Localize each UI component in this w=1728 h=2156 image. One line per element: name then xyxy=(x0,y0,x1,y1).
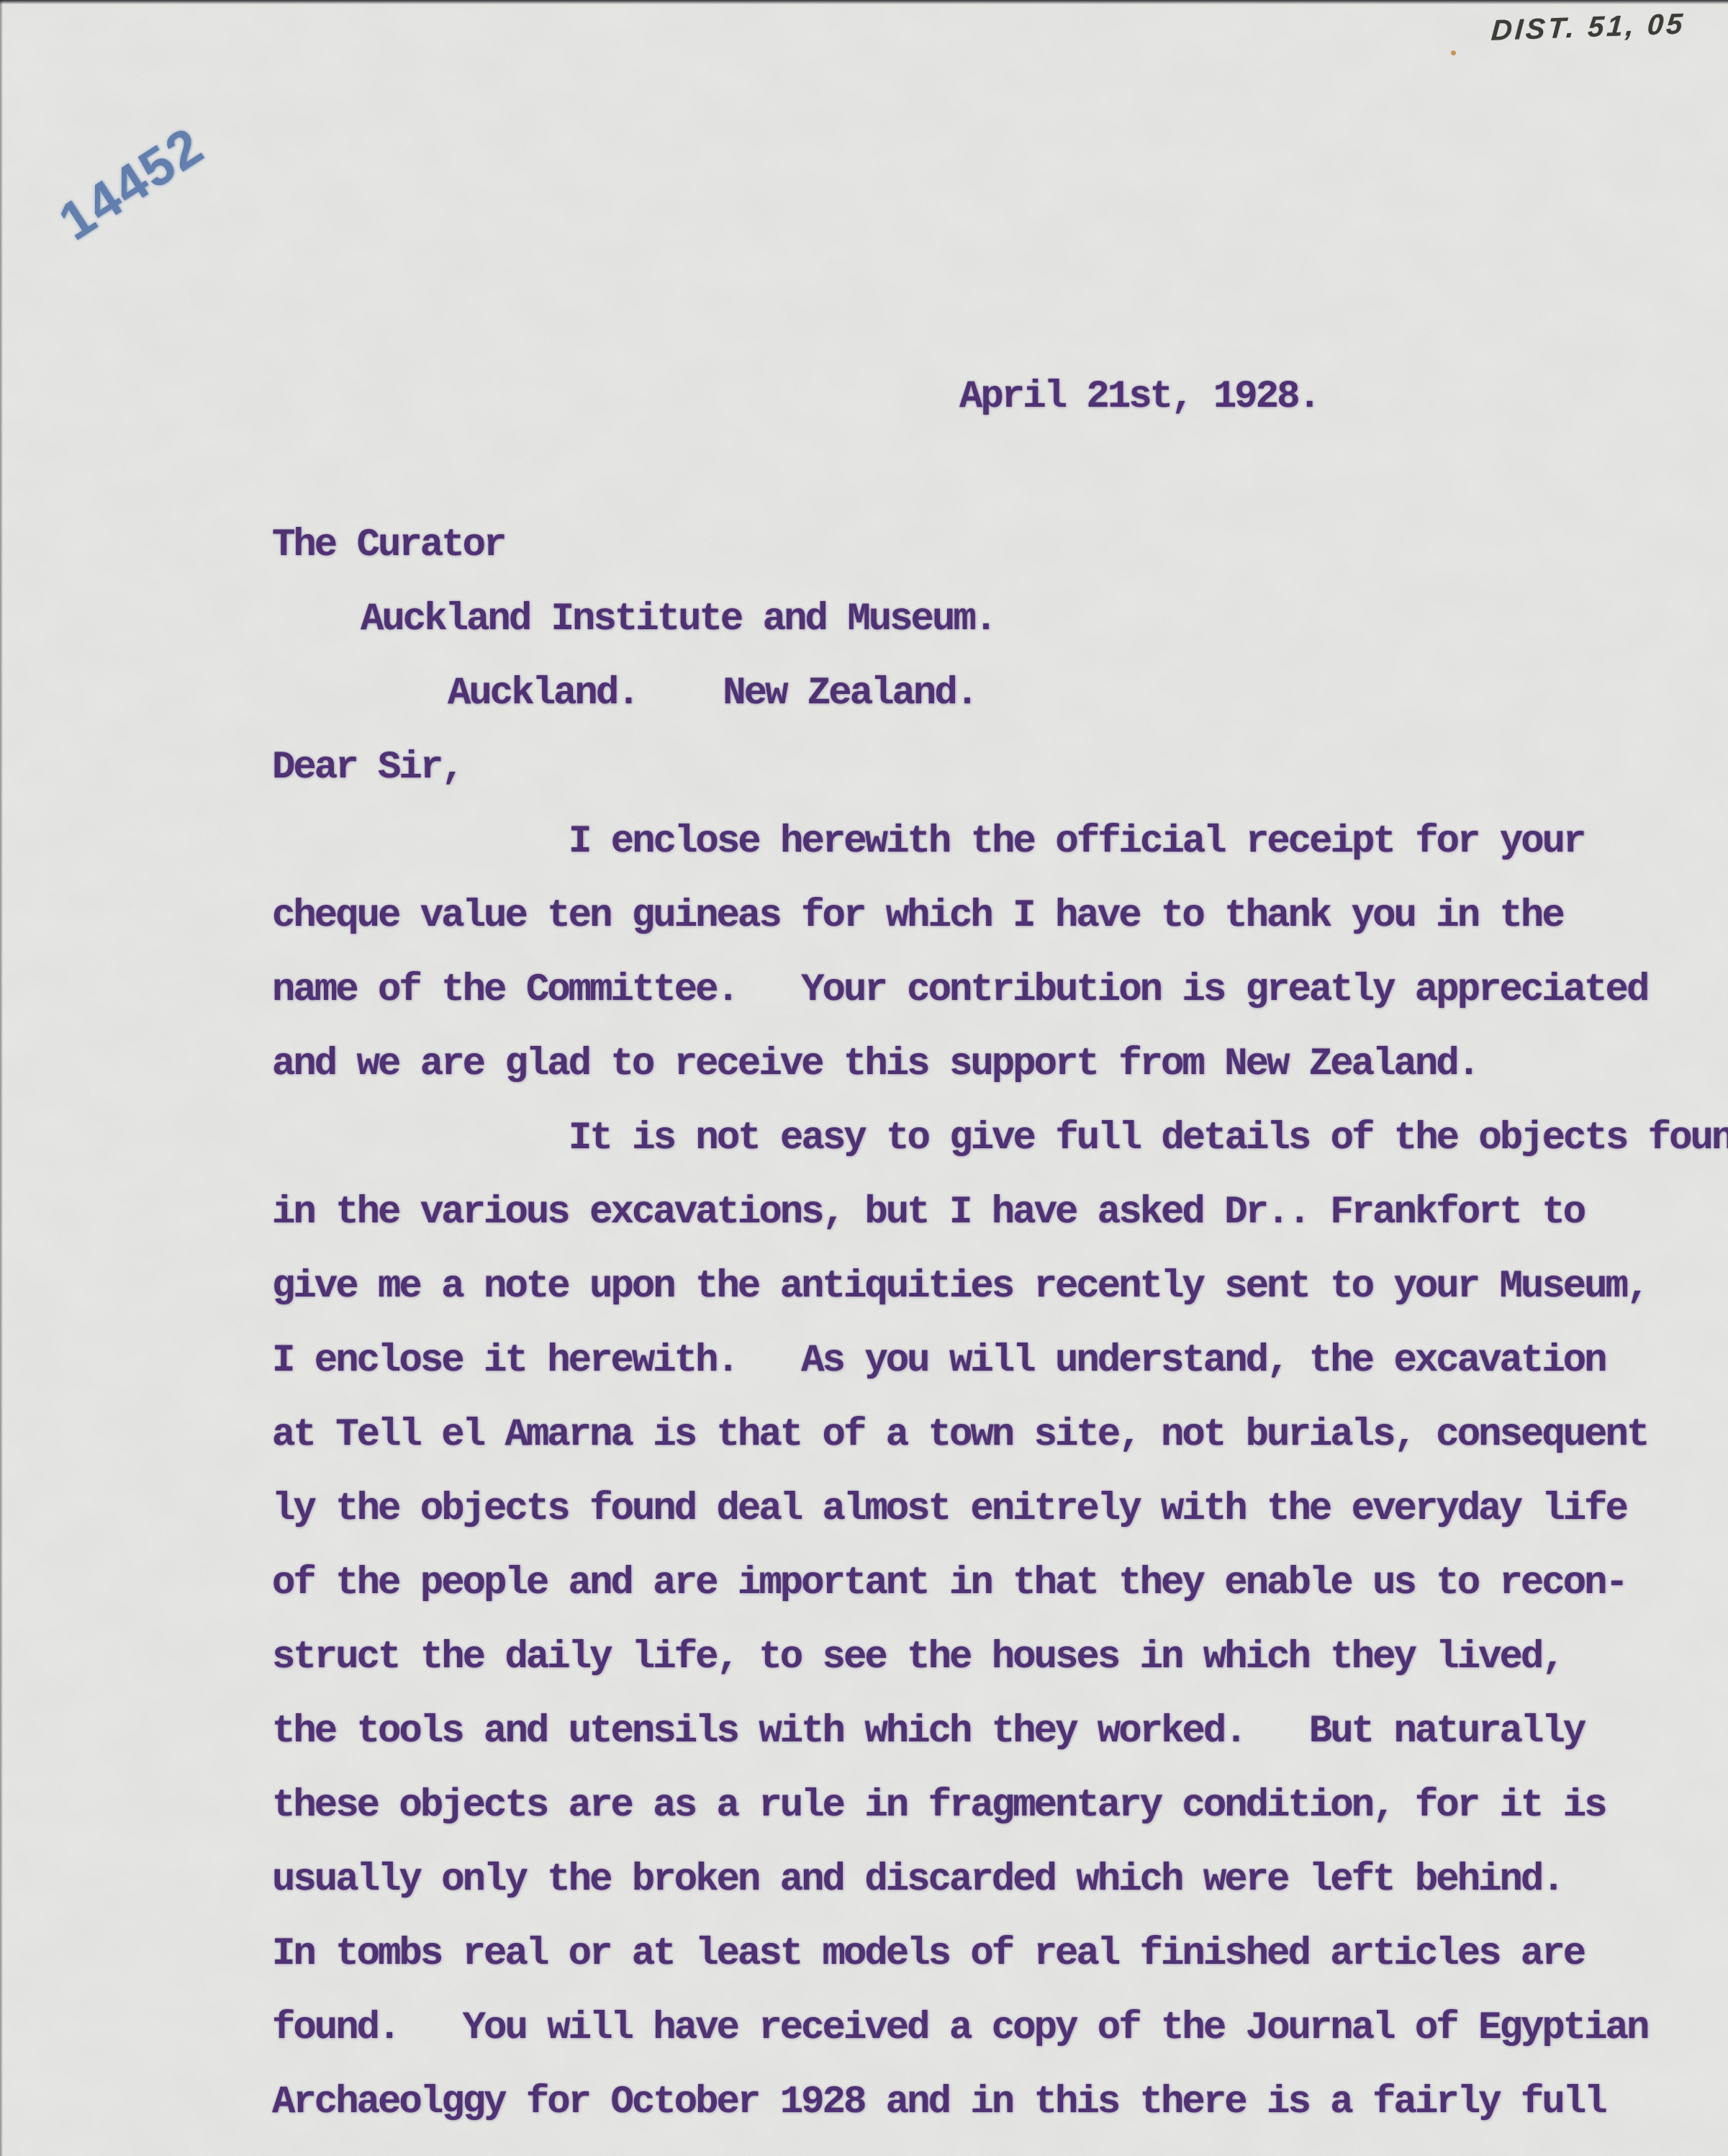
body-line: of the people and are important in that … xyxy=(272,1546,1728,1620)
body-line: and we are glad to receive this support … xyxy=(272,1027,1728,1101)
body-line: in the various excavations, but I have a… xyxy=(272,1176,1728,1250)
recipient-line: Auckland Institute and Museum. xyxy=(272,582,1728,657)
blank-line xyxy=(272,434,1728,508)
body-line: at Tell el Amarna is that of a town site… xyxy=(272,1398,1728,1472)
body-line: give me a note upon the antiquities rece… xyxy=(272,1250,1728,1324)
letter-scan-page: DIST. 51, 05 14452 April 21st, 1928. The… xyxy=(0,0,1728,2156)
body-line: I enclose it herewith. As you will under… xyxy=(272,1324,1728,1398)
body-line: found. You will have received a copy of … xyxy=(272,1991,1728,2065)
body-line: the tools and utensils with which they w… xyxy=(272,1695,1728,1769)
date-line: April 21st, 1928. xyxy=(272,360,1728,434)
salutation-line: Dear Sir, xyxy=(272,731,1728,805)
scan-speck xyxy=(1451,50,1456,55)
body-line: Archaeolggy for October 1928 and in this… xyxy=(272,2065,1728,2139)
body-line: name of the Committee. Your contribution… xyxy=(272,953,1728,1027)
scan-edge-left xyxy=(0,0,3,2156)
body-line: I enclose herewith the official receipt … xyxy=(272,805,1728,879)
typewritten-letter: April 21st, 1928. The Curator Auckland I… xyxy=(272,360,1728,2139)
scan-edge-top xyxy=(0,0,1728,4)
body-line: struct the daily life, to see the houses… xyxy=(272,1620,1728,1695)
body-line: In tombs real or at least models of real… xyxy=(272,1917,1728,1991)
body-line: ly the objects found deal almost enitrel… xyxy=(272,1472,1728,1546)
blue-crayon-registration-number: 14452 xyxy=(48,114,214,253)
recipient-line: The Curator xyxy=(272,508,1728,582)
recipient-line: Auckland. New Zealand. xyxy=(272,657,1728,731)
body-line: these objects are as a rule in fragmenta… xyxy=(272,1769,1728,1843)
body-line: cheque value ten guineas for which I hav… xyxy=(272,879,1728,953)
body-line: usually only the broken and discarded wh… xyxy=(272,1843,1728,1917)
body-line: It is not easy to give full details of t… xyxy=(272,1101,1728,1176)
pencil-annotation-dist-number: DIST. 51, 05 xyxy=(1490,8,1687,48)
